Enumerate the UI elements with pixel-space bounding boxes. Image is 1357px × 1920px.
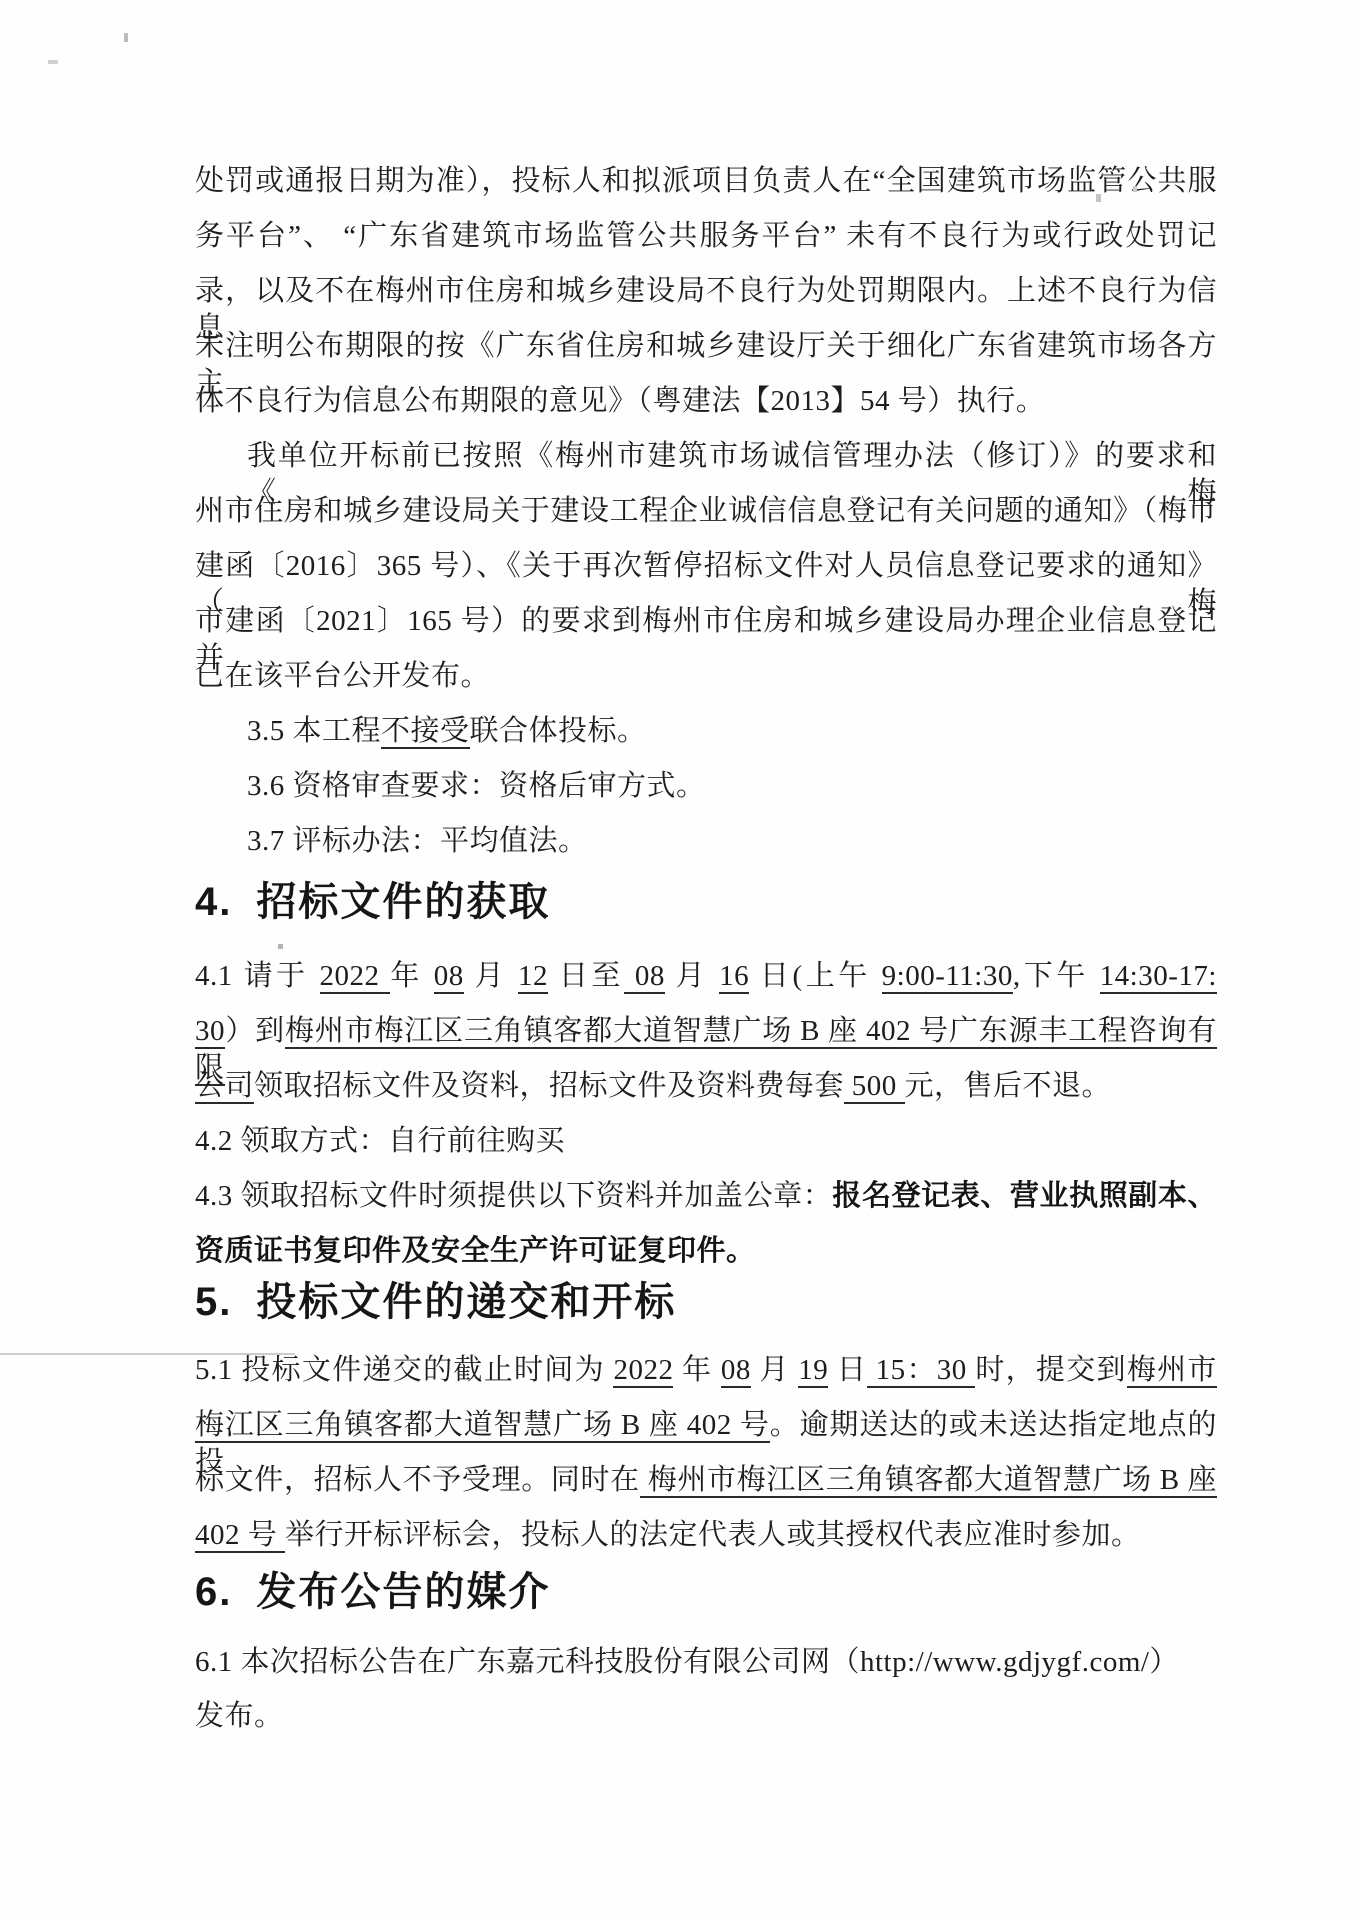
text-line: 3.7 评标办法：平均值法。 bbox=[247, 823, 588, 860]
underlined-text: 08 bbox=[721, 1354, 751, 1388]
underlined-text: 公司 bbox=[195, 1070, 254, 1104]
scan-speck-artifact bbox=[124, 33, 128, 42]
text-segment: ,下午 bbox=[1013, 960, 1100, 992]
text-line: 资质证书复印件及安全生产许可证复印件。 bbox=[195, 1233, 756, 1270]
text-segment: 3.7 评标办法：平均值法。 bbox=[247, 825, 588, 857]
text-segment: 体不良行为信息公布期限的意见》（粤建法【2013】54 号）执行。 bbox=[195, 385, 1045, 417]
text-segment: 6. bbox=[195, 1570, 232, 1614]
text-line: 我单位开标前已按照《梅州市建筑市场诚信管理办法（修订）》的要求和《梅 bbox=[247, 438, 1217, 475]
text-line: 3.5 本工程不接受联合体投标。 bbox=[247, 713, 647, 750]
text-segment: ）到 bbox=[225, 1015, 285, 1047]
text-segment: 年 bbox=[390, 960, 433, 992]
text-line: 发布。 bbox=[195, 1698, 284, 1735]
text-segment: 4. bbox=[195, 880, 232, 924]
section-heading: 4.招标文件的获取 bbox=[195, 878, 550, 926]
text-line: 已在该平台公开发布。 bbox=[195, 658, 490, 695]
text-line: 4.2 领取方式：自行前往购买 bbox=[195, 1123, 565, 1160]
text-segment: 联合体投标。 bbox=[470, 715, 647, 747]
text-line: 402 号 举行开标评标会，投标人的法定代表人或其授权代表应准时参加。 bbox=[195, 1517, 1141, 1554]
text-line: 标文件，招标人不予受理。同时在 梅州市梅江区三角镇客都大道智慧广场 B 座 bbox=[195, 1462, 1217, 1499]
text-line: 市建函〔2021〕165 号）的要求到梅州市住房和城乡建设局办理企业信息登记并 bbox=[195, 603, 1217, 640]
text-segment: 时，提交到 bbox=[975, 1354, 1127, 1386]
text-line: 3.6 资格审查要求：资格后审方式。 bbox=[247, 768, 706, 805]
text-segment: 日至 bbox=[548, 960, 624, 992]
underlined-text: 不接受 bbox=[381, 715, 470, 749]
document-page: 处罚或通报日期为准），投标人和拟派项目负责人在“全国建筑市场监管公共服务平台”、… bbox=[0, 0, 1357, 1920]
text-segment: 务平台”、 “广东省建筑市场监管公共服务平台” 未有不良行为或行政处罚记 bbox=[195, 220, 1217, 252]
underlined-text: 2022 bbox=[613, 1354, 673, 1388]
text-line: 务平台”、 “广东省建筑市场监管公共服务平台” 未有不良行为或行政处罚记 bbox=[195, 218, 1217, 255]
text-segment: 举行开标评标会，投标人的法定代表人或其授权代表应准时参加。 bbox=[285, 1519, 1141, 1551]
text-line: 4.1 请于 2022 年 08 月 12 日至 08 月 16 日(上午 9:… bbox=[195, 958, 1217, 995]
text-line: 30）到梅州市梅江区三角镇客都大道智慧广场 B 座 402 号广东源丰工程咨询有… bbox=[195, 1013, 1217, 1050]
text-segment: 处罚或通报日期为准），投标人和拟派项目负责人在“全国建筑市场监管公共服 bbox=[195, 165, 1217, 197]
underlined-text: 500 bbox=[844, 1070, 905, 1104]
text-segment: 发布。 bbox=[195, 1700, 284, 1732]
text-segment: 月 bbox=[751, 1354, 798, 1386]
text-segment: 4.1 请于 bbox=[195, 960, 320, 992]
underlined-text: 08 bbox=[434, 960, 464, 994]
underlined-text: 19 bbox=[798, 1354, 828, 1388]
text-segment: 6.1 本次招标公告在广东嘉元科技股份有限公司网（http://www.gdjy… bbox=[195, 1646, 1179, 1678]
section-heading: 5.投标文件的递交和开标 bbox=[195, 1278, 676, 1326]
underlined-text: 梅江区三角镇客都大道智慧广场 B 座 402 号 bbox=[195, 1409, 770, 1443]
scan-speck-artifact bbox=[48, 60, 58, 64]
text-segment: 投标文件的递交和开标 bbox=[256, 1280, 676, 1324]
scanned-document: { "page": { "width": 1357, "height": 192… bbox=[0, 0, 1357, 1920]
text-line: 5.1 投标文件递交的截止时间为 2022 年 08 月 19 日 15：30 … bbox=[195, 1352, 1217, 1389]
text-line: 录，以及不在梅州市住房和城乡建设局不良行为处罚期限内。上述不良行为信息 bbox=[195, 273, 1217, 310]
text-segment: 月 bbox=[665, 960, 719, 992]
section-heading: 6.发布公告的媒介 bbox=[195, 1568, 550, 1616]
scan-speck-artifact bbox=[278, 944, 283, 949]
text-segment: 4.3 领取招标文件时须提供以下资料并加盖公章： bbox=[195, 1180, 832, 1212]
text-line: 州市住房和城乡建设局关于建设工程企业诚信信息登记有关问题的通知》（梅市 bbox=[195, 493, 1217, 530]
underlined-text: 梅州市梅江区三角镇客都大道智慧广场 B 座 bbox=[640, 1464, 1217, 1498]
text-line: 6.1 本次招标公告在广东嘉元科技股份有限公司网（http://www.gdjy… bbox=[195, 1644, 1179, 1681]
underlined-text: 12 bbox=[518, 960, 548, 994]
underlined-text: 402 号 bbox=[195, 1519, 285, 1553]
underlined-text: 14:30-17: bbox=[1100, 960, 1217, 994]
text-line: 体不良行为信息公布期限的意见》（粤建法【2013】54 号）执行。 bbox=[195, 383, 1045, 420]
text-segment: 元，售后不退。 bbox=[905, 1070, 1112, 1102]
text-line: 未注明公布期限的按《广东省住房和城乡建设厅关于细化广东省建筑市场各方主 bbox=[195, 328, 1217, 365]
text-segment: 标文件，招标人不予受理。同时在 bbox=[195, 1464, 640, 1496]
text-segment: 领取招标文件及资料，招标文件及资料费每套 bbox=[254, 1070, 844, 1102]
bold-text: 资质证书复印件及安全生产许可证复印件。 bbox=[195, 1235, 756, 1267]
text-segment: 3.5 本工程 bbox=[247, 715, 381, 747]
text-line: 建函〔2016〕365 号）、《关于再次暂停招标文件对人员信息登记要求的通知》（… bbox=[195, 548, 1217, 585]
text-line: 公司领取招标文件及资料，招标文件及资料费每套 500 元，售后不退。 bbox=[195, 1068, 1111, 1105]
text-segment: 4.2 领取方式：自行前往购买 bbox=[195, 1125, 565, 1157]
text-line: 4.3 领取招标文件时须提供以下资料并加盖公章：报名登记表、营业执照副本、 bbox=[195, 1178, 1217, 1215]
text-segment: 日(上午 bbox=[749, 960, 882, 992]
text-segment: 日 bbox=[828, 1354, 867, 1386]
text-segment: 招标文件的获取 bbox=[256, 880, 550, 924]
text-segment: 年 bbox=[673, 1354, 720, 1386]
text-segment: 5. bbox=[195, 1280, 232, 1324]
text-segment: 州市住房和城乡建设局关于建设工程企业诚信信息登记有关问题的通知》（梅市 bbox=[195, 495, 1217, 527]
bold-text: 报名登记表、营业执照副本、 bbox=[832, 1180, 1217, 1212]
underlined-text: 30 bbox=[195, 1015, 225, 1049]
text-line: 处罚或通报日期为准），投标人和拟派项目负责人在“全国建筑市场监管公共服 bbox=[195, 163, 1217, 200]
underlined-text: 16 bbox=[719, 960, 749, 994]
text-line: 梅江区三角镇客都大道智慧广场 B 座 402 号。逾期送达的或未送达指定地点的投 bbox=[195, 1407, 1217, 1444]
underlined-text: 15：30 bbox=[867, 1354, 975, 1388]
text-segment: 月 bbox=[464, 960, 518, 992]
underlined-text: 08 bbox=[624, 960, 665, 994]
underlined-text: 9:00-11:30 bbox=[882, 960, 1013, 994]
text-segment: 3.6 资格审查要求：资格后审方式。 bbox=[247, 770, 706, 802]
underlined-text: 梅州市 bbox=[1127, 1354, 1217, 1388]
text-segment: 发布公告的媒介 bbox=[256, 1570, 550, 1614]
text-segment: 已在该平台公开发布。 bbox=[195, 660, 490, 692]
underlined-text: 2022 bbox=[320, 960, 391, 994]
text-segment: 5.1 投标文件递交的截止时间为 bbox=[195, 1354, 613, 1386]
